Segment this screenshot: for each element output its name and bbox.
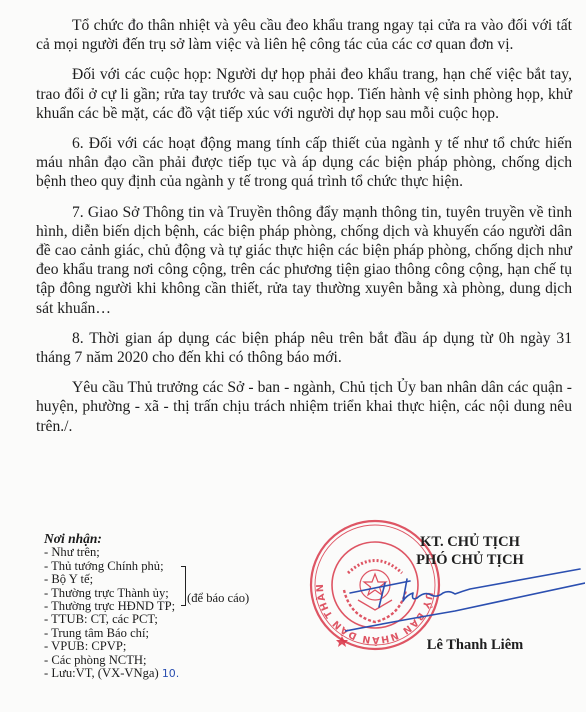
signature-title-block: KT. CHỦ TỊCH PHÓ CHỦ TỊCH xyxy=(370,533,570,569)
document-body: Tổ chức đo thân nhiệt và yêu cầu đeo khẩ… xyxy=(36,16,572,447)
document-page: Tổ chức đo thân nhiệt và yêu cầu đeo khẩ… xyxy=(0,0,586,712)
paragraph-temperature-check: Tổ chức đo thân nhiệt và yêu cầu đeo khẩ… xyxy=(36,16,572,54)
recipients-bracket xyxy=(181,566,186,606)
recipient-item: - Như trên; xyxy=(44,546,179,559)
paragraph-item-6: 6. Đối với các hoạt động mang tính cấp t… xyxy=(36,134,572,192)
signature-title-line1: KT. CHỦ TỊCH xyxy=(370,533,570,551)
recipient-item: - Các phòng NCTH; xyxy=(44,654,179,667)
recipient-item: - Bộ Y tế; xyxy=(44,573,179,586)
paragraph-request: Yêu cầu Thủ trưởng các Sở - ban - ngành,… xyxy=(36,378,572,436)
recipient-item: - Trung tâm Báo chí; xyxy=(44,627,179,640)
paragraph-meetings: Đối với các cuộc họp: Người dự họp phải … xyxy=(36,65,572,123)
recipient-item: - TTUB: CT, các PCT; xyxy=(44,613,179,626)
handwritten-signature-icon xyxy=(345,565,585,640)
paragraph-item-7: 7. Giao Sở Thông tin và Truyền thông đẩy… xyxy=(36,203,572,318)
paragraph-item-8: 8. Thời gian áp dụng các biện pháp nêu t… xyxy=(36,329,572,367)
handwritten-copy-count: 10. xyxy=(162,667,180,680)
recipient-archive-text: - Lưu:VT, (VX-VNga) xyxy=(44,666,159,680)
recipient-item: - Thủ tướng Chính phủ; xyxy=(44,560,179,573)
recipient-item-archive: - Lưu:VT, (VX-VNga) 10. xyxy=(44,667,179,680)
bracket-note: (để báo cáo) xyxy=(187,591,249,606)
recipient-item: - Thường trực Thành ủy; xyxy=(44,587,179,600)
recipient-item: - Thường trực HĐND TP; xyxy=(44,600,179,613)
recipient-item: - VPUB: CPVP; xyxy=(44,640,179,653)
recipients-block: Nơi nhận: - Như trên; - Thủ tướng Chính … xyxy=(44,532,179,680)
recipients-heading: Nơi nhận: xyxy=(44,532,179,545)
